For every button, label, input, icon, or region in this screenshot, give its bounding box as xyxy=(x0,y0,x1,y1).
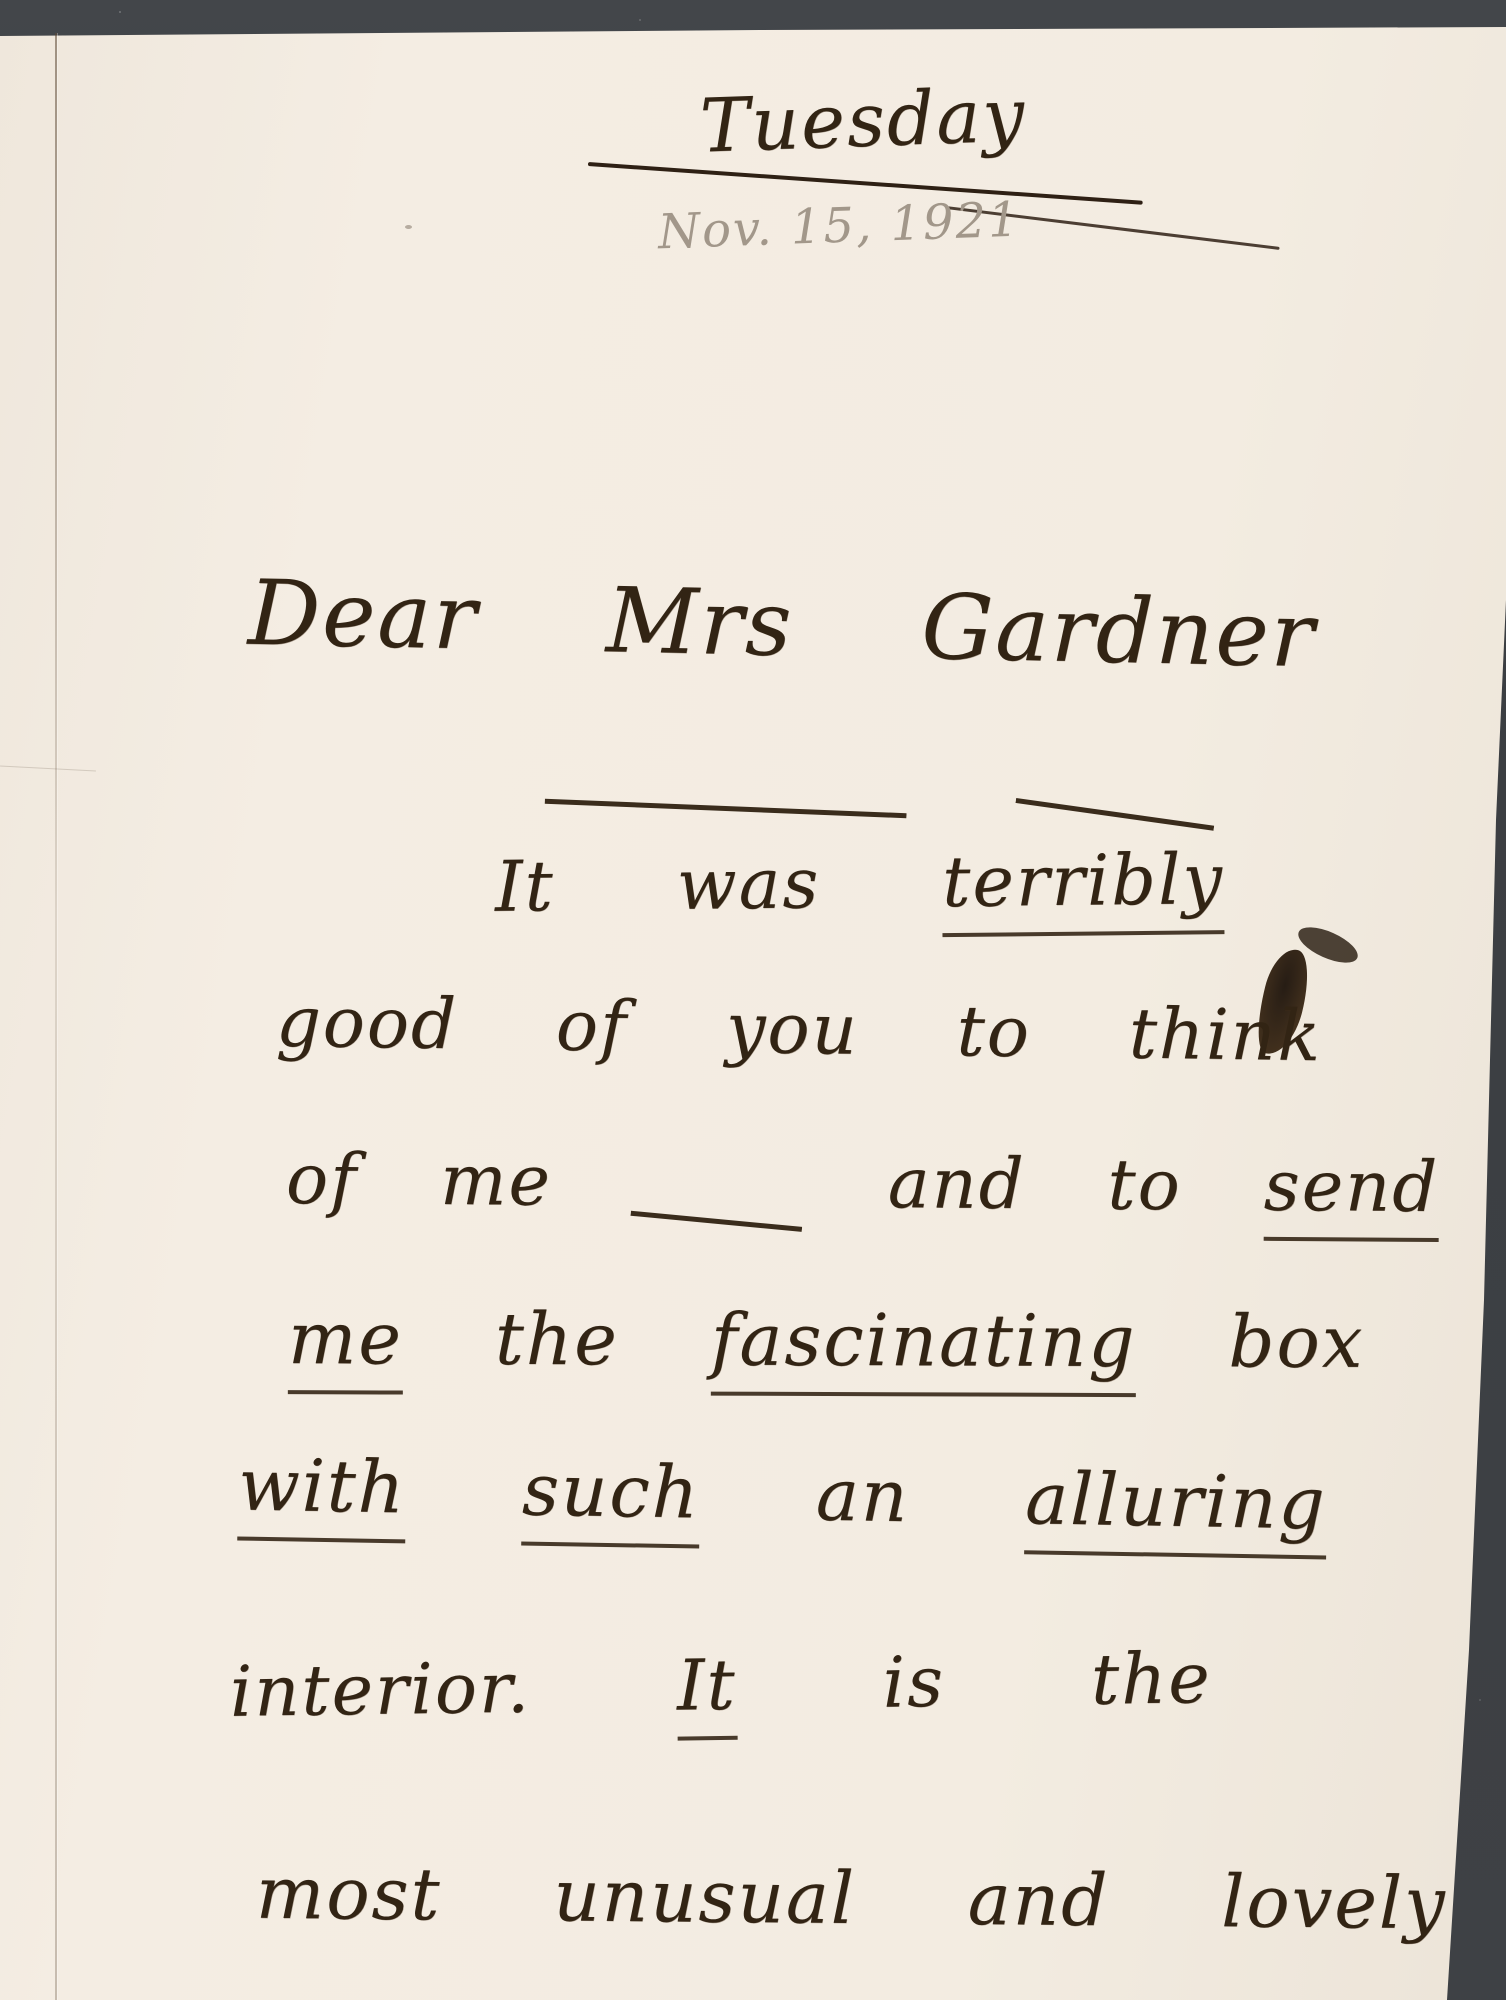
letter-word: It xyxy=(495,845,556,928)
letter-word: and xyxy=(968,1857,1110,1942)
letter-word: the xyxy=(495,1297,619,1381)
letter-word: lovely xyxy=(1221,1859,1447,1945)
letter-word: is xyxy=(882,1641,945,1724)
letter-line: good of you to think xyxy=(275,981,1322,1078)
letter-word: me xyxy=(440,1139,552,1222)
letter-word-underlined: It xyxy=(676,1644,737,1741)
letter-word-underlined: terribly xyxy=(942,838,1225,937)
letter-line: most unusual and lovely xyxy=(256,1851,1447,1945)
letter-line: me the fascinating box xyxy=(288,1296,1365,1398)
letter-word-underlined: fascinating xyxy=(711,1298,1137,1397)
flourish-dash-row: — — xyxy=(545,758,1217,840)
fold-crease-line xyxy=(55,33,57,2000)
letter-word-underlined: send xyxy=(1263,1145,1439,1242)
letter-word: and xyxy=(888,1142,1026,1225)
letter-word: of xyxy=(555,985,628,1068)
letter-word: to xyxy=(956,990,1031,1073)
letter-word: think xyxy=(1128,993,1322,1078)
letter-word: the xyxy=(1090,1637,1212,1721)
salutation-word: Gardner xyxy=(920,575,1317,688)
pencil-dot xyxy=(405,225,412,229)
letter-line: with such an alluring xyxy=(237,1443,1327,1560)
letter-word: was xyxy=(676,842,820,925)
letter-word: most xyxy=(256,1851,442,1937)
salutation-word: Dear xyxy=(247,561,479,671)
letter-word: you xyxy=(725,987,859,1071)
dash-stroke: — xyxy=(628,1163,807,1261)
letter-word-underlined: such xyxy=(521,1447,701,1548)
letter-word: interior. xyxy=(229,1647,531,1733)
letter-word: unusual xyxy=(553,1853,856,1940)
salutation-line: Dear Mrs Gardner xyxy=(247,561,1317,688)
letter-word: of xyxy=(286,1138,359,1221)
letter-line: It was terribly xyxy=(495,838,1225,942)
letter-word: an xyxy=(815,1453,910,1539)
day-heading-text: Tuesday xyxy=(699,72,1028,169)
letter-word-underlined: with xyxy=(237,1443,407,1544)
salutation-word: Mrs xyxy=(605,568,795,677)
letter-day-heading: Tuesday xyxy=(699,72,1028,169)
letter-word: box xyxy=(1228,1299,1364,1383)
letter-word: to xyxy=(1107,1144,1182,1227)
letter-word: good xyxy=(275,981,458,1066)
letter-line: of me — and to send xyxy=(286,1138,1440,1242)
dash-stroke: — xyxy=(544,751,909,847)
letter-line: interior. It is the xyxy=(229,1637,1212,1747)
letter-word-underlined: alluring xyxy=(1024,1456,1327,1559)
letter-word-underlined: me xyxy=(288,1296,403,1394)
